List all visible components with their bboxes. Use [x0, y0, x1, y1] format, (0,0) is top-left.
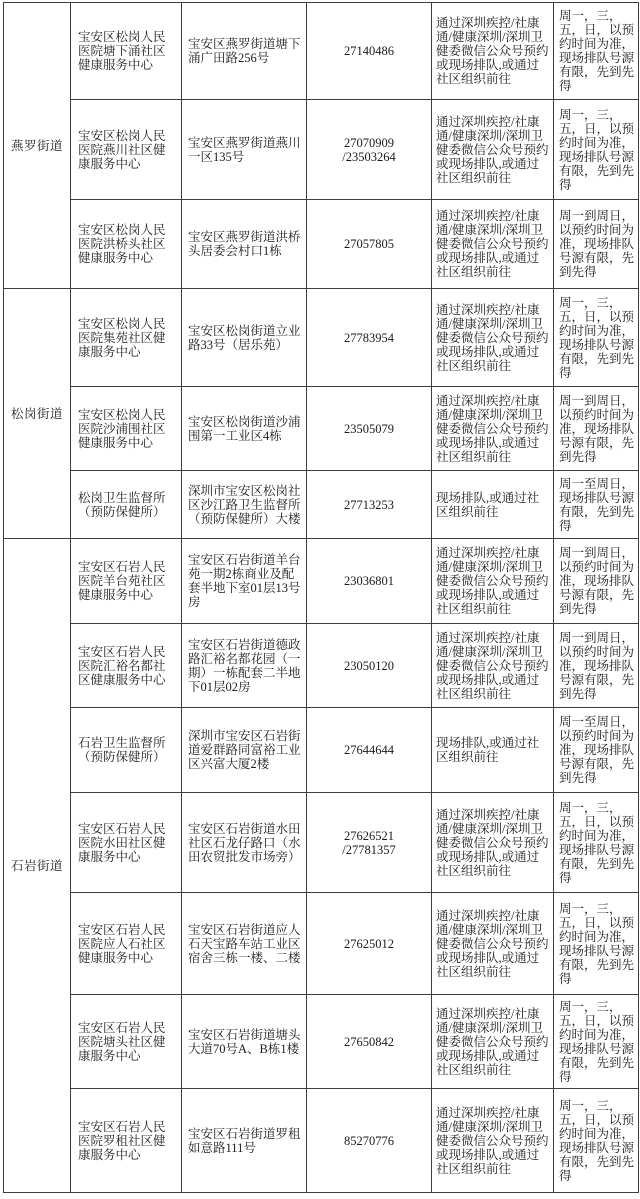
- schedule-cell: 周一，三，五，日，以预约时间为准，现场排队号源有限，先到先得: [554, 289, 639, 387]
- booking-method-cell: 通过深圳疾控/社康通/健康深圳/深圳卫健委微信公众号预约或现场排队,或通过社区组…: [432, 200, 554, 289]
- institution-name-cell: 宝安区石岩人民医院塘头社区健康服务中心: [71, 995, 182, 1089]
- institution-name-cell: 宝安区石岩人民医院汇裕名都社区健康服务中心: [71, 624, 182, 708]
- booking-method-cell: 通过深圳疾控/社康通/健康深圳/深圳卫健委微信公众号预约或现场排队,或通过社区组…: [432, 387, 554, 471]
- booking-method-cell: 通过深圳疾控/社康通/健康深圳/深圳卫健委微信公众号预约或现场排队,或通过社区组…: [432, 289, 554, 387]
- institution-name-cell: 宝安区松岗人民医院塘下涌社区健康服务中心: [71, 3, 182, 100]
- schedule-cell: 周一到周日，以预约时间为准，现场排队号源有限，先到先得: [554, 539, 639, 624]
- street-cell: 松岗街道: [4, 289, 71, 539]
- schedule-cell: 周一，三，五，日，以预约时间为准，现场排队号源有限，先到先得: [554, 793, 639, 893]
- booking-method-cell: 通过深圳疾控/社康通/健康深圳/深圳卫健委微信公众号预约或现场排队,或通过社区组…: [432, 624, 554, 708]
- schedule-cell: 周一到周日，以预约时间为准，现场排队号源有限，先到先得: [554, 200, 639, 289]
- table-row: 宝安区松岗人民医院洪桥头社区健康服务中心宝安区燕罗街道洪桥头居委会村口1栋270…: [4, 200, 639, 289]
- schedule-cell: 周一，三，五，日，以预约时间为准，现场排队号源有限，先到先得: [554, 3, 639, 100]
- institution-name-cell: 宝安区石岩人民医院羊台苑社区健康服务中心: [71, 539, 182, 624]
- booking-method-cell: 通过深圳疾控/社康通/健康深圳/深圳卫健委微信公众号预约或现场排队,或通过社区组…: [432, 539, 554, 624]
- table-row: 宝安区石岩人民医院水田社区健康服务中心宝安区石岩街道水田社区石龙仔路口（水田农贸…: [4, 793, 639, 893]
- phone-cell: 27140486: [307, 3, 432, 100]
- institution-name-cell: 宝安区石岩人民医院应人石社区健康服务中心: [71, 893, 182, 995]
- schedule-cell: 周一，三，五，日，以预约时间为准，现场排队号源有限，先到先得: [554, 893, 639, 995]
- booking-method-cell: 通过深圳疾控/社康通/健康深圳/深圳卫健委微信公众号预约或现场排队,或通过社区组…: [432, 3, 554, 100]
- table-body: 燕罗街道宝安区松岗人民医院塘下涌社区健康服务中心宝安区燕罗街道塘下涌广田路256…: [4, 3, 639, 1193]
- address-cell: 深圳市宝安区松岗社区沙江路卫生监督所（预防保健所）大楼: [182, 471, 307, 539]
- address-cell: 宝安区石岩街道德政路汇裕名都花园（一期）一栋配套二半地下01层02房: [182, 624, 307, 708]
- table-row: 宝安区石岩人民医院汇裕名都社区健康服务中心宝安区石岩街道德政路汇裕名都花园（一期…: [4, 624, 639, 708]
- booking-method-cell: 现场排队,或通过社区组织前往: [432, 708, 554, 793]
- table-row: 燕罗街道宝安区松岗人民医院塘下涌社区健康服务中心宝安区燕罗街道塘下涌广田路256…: [4, 3, 639, 100]
- address-cell: 宝安区石岩街道塘头大道70号A、B栋1楼: [182, 995, 307, 1089]
- schedule-cell: 周一到周日，以预约时间为准，现场排队号源有限，先到先得: [554, 387, 639, 471]
- table-row: 宝安区石岩人民医院塘头社区健康服务中心宝安区石岩街道塘头大道70号A、B栋1楼2…: [4, 995, 639, 1089]
- booking-method-cell: 通过深圳疾控/社康通/健康深圳/深圳卫健委微信公众号预约或现场排队,或通过社区组…: [432, 995, 554, 1089]
- booking-method-cell: 现场排队,或通过社区组织前往: [432, 471, 554, 539]
- address-cell: 宝安区石岩街道罗租如意路111号: [182, 1089, 307, 1193]
- booking-method-cell: 通过深圳疾控/社康通/健康深圳/深圳卫健委微信公众号预约或现场排队,或通过社区组…: [432, 793, 554, 893]
- institution-name-cell: 宝安区石岩人民医院水田社区健康服务中心: [71, 793, 182, 893]
- booking-method-cell: 通过深圳疾控/社康通/健康深圳/深圳卫健委微信公众号预约或现场排队,或通过社区组…: [432, 1089, 554, 1193]
- address-cell: 宝安区松岗街道沙浦围第一工业区4栋: [182, 387, 307, 471]
- schedule-cell: 周一，三，五，日，以预约时间为准，现场排队号源有限，先到先得: [554, 1089, 639, 1193]
- institution-name-cell: 宝安区松岗人民医院洪桥头社区健康服务中心: [71, 200, 182, 289]
- address-cell: 宝安区石岩街道水田社区石龙仔路口（水田农贸批发市场旁）: [182, 793, 307, 893]
- schedule-cell: 周一到周日，以预约时间为准，现场排队号源有限，先到先得: [554, 624, 639, 708]
- address-cell: 宝安区松岗街道立业路33号（居乐苑）: [182, 289, 307, 387]
- phone-cell: 27057805: [307, 200, 432, 289]
- phone-cell: 27713253: [307, 471, 432, 539]
- schedule-cell: 周一，三，五，日，以预约时间为准，现场排队号源有限，先到先得: [554, 100, 639, 200]
- table-row: 宝安区石岩人民医院罗租社区健康服务中心宝安区石岩街道罗租如意路111号85270…: [4, 1089, 639, 1193]
- table-row: 宝安区石岩人民医院应人石社区健康服务中心宝安区石岩街道应人石天宝路车站工业区宿舍…: [4, 893, 639, 995]
- street-cell: 燕罗街道: [4, 3, 71, 289]
- address-cell: 宝安区燕罗街道燕川一区135号: [182, 100, 307, 200]
- address-cell: 宝安区燕罗街道塘下涌广田路256号: [182, 3, 307, 100]
- table-row: 松岗街道宝安区松岗人民医院集苑社区健康服务中心宝安区松岗街道立业路33号（居乐苑…: [4, 289, 639, 387]
- institution-name-cell: 宝安区松岗人民医院沙浦围社区健康服务中心: [71, 387, 182, 471]
- address-cell: 宝安区石岩街道羊台苑一期2栋商业及配套半地下室01层13号房: [182, 539, 307, 624]
- table-row: 石岩街道宝安区石岩人民医院羊台苑社区健康服务中心宝安区石岩街道羊台苑一期2栋商业…: [4, 539, 639, 624]
- address-cell: 宝安区燕罗街道洪桥头居委会村口1栋: [182, 200, 307, 289]
- phone-cell: 27650842: [307, 995, 432, 1089]
- table-row: 松岗卫生监督所（预防保健所）深圳市宝安区松岗社区沙江路卫生监督所（预防保健所）大…: [4, 471, 639, 539]
- institution-name-cell: 石岩卫生监督所（预防保健所）: [71, 708, 182, 793]
- table-row: 石岩卫生监督所（预防保健所）深圳市宝安区石岩街道爱群路同富裕工业区兴富大厦2楼2…: [4, 708, 639, 793]
- institution-name-cell: 宝安区松岗人民医院燕川社区健康服务中心: [71, 100, 182, 200]
- phone-cell: 23036801: [307, 539, 432, 624]
- scanned-table-page: 燕罗街道宝安区松岗人民医院塘下涌社区健康服务中心宝安区燕罗街道塘下涌广田路256…: [0, 2, 640, 1199]
- institution-name-cell: 宝安区松岗人民医院集苑社区健康服务中心: [71, 289, 182, 387]
- street-cell: 石岩街道: [4, 539, 71, 1193]
- schedule-cell: 周一至周日，现场排队号源有限，先到先得: [554, 471, 639, 539]
- table-row: 宝安区松岗人民医院燕川社区健康服务中心宝安区燕罗街道燕川一区135号270709…: [4, 100, 639, 200]
- phone-cell: 23505079: [307, 387, 432, 471]
- phone-cell: 85270776: [307, 1089, 432, 1193]
- phone-cell: 23050120: [307, 624, 432, 708]
- phone-cell: 27783954: [307, 289, 432, 387]
- schedule-cell: 周一至周日，以预约时间为准，现场排队号源有限，先到先得: [554, 708, 639, 793]
- institution-name-cell: 宝安区石岩人民医院罗租社区健康服务中心: [71, 1089, 182, 1193]
- booking-method-cell: 通过深圳疾控/社康通/健康深圳/深圳卫健委微信公众号预约或现场排队,或通过社区组…: [432, 100, 554, 200]
- institution-name-cell: 松岗卫生监督所（预防保健所）: [71, 471, 182, 539]
- booking-method-cell: 通过深圳疾控/社康通/健康深圳/深圳卫健委微信公众号预约或现场排队,或通过社区组…: [432, 893, 554, 995]
- address-cell: 深圳市宝安区石岩街道爱群路同富裕工业区兴富大厦2楼: [182, 708, 307, 793]
- phone-cell: 27644644: [307, 708, 432, 793]
- phone-cell: 27625012: [307, 893, 432, 995]
- table-row: 宝安区松岗人民医院沙浦围社区健康服务中心宝安区松岗街道沙浦围第一工业区4栋235…: [4, 387, 639, 471]
- address-cell: 宝安区石岩街道应人石天宝路车站工业区宿舍三栋一楼、二楼: [182, 893, 307, 995]
- phone-cell: 27626521 /27781357: [307, 793, 432, 893]
- schedule-cell: 周一，三，五，日，以预约时间为准，现场排队号源有限，先到先得: [554, 995, 639, 1089]
- health-centers-table: 燕罗街道宝安区松岗人民医院塘下涌社区健康服务中心宝安区燕罗街道塘下涌广田路256…: [3, 2, 639, 1193]
- phone-cell: 27070909 /23503264: [307, 100, 432, 200]
